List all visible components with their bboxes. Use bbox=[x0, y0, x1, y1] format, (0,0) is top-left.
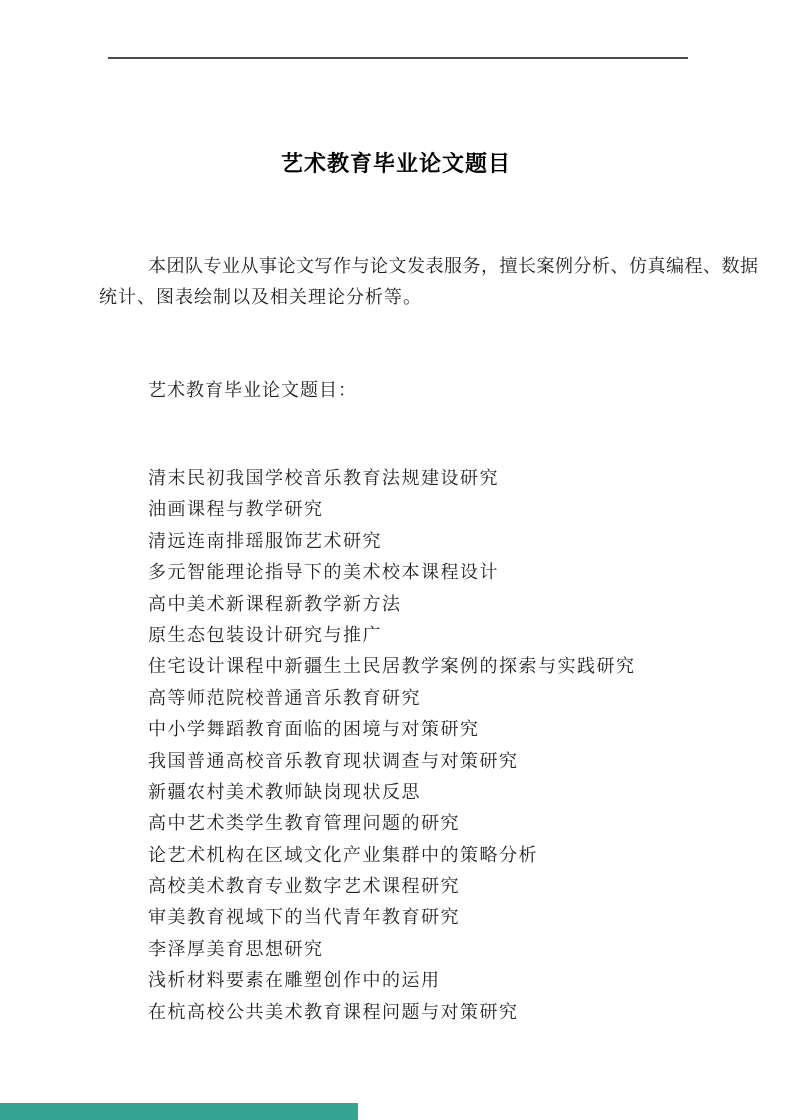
topic-item: 高校美术教育专业数字艺术课程研究 bbox=[148, 871, 708, 902]
topic-item: 我国普通高校音乐教育现状调查与对策研究 bbox=[148, 746, 708, 777]
topics-section-heading: 艺术教育毕业论文题目： bbox=[148, 376, 357, 402]
topic-item: 李泽厚美育思想研究 bbox=[148, 934, 708, 965]
topic-item: 在杭高校公共美术教育课程问题与对策研究 bbox=[148, 997, 708, 1028]
topic-item: 原生态包装设计研究与推广 bbox=[148, 620, 708, 651]
bottom-accent-bar bbox=[0, 1103, 358, 1120]
topic-item: 浅析材料要素在雕塑创作中的运用 bbox=[148, 965, 708, 996]
topic-item: 高中美术新课程新教学新方法 bbox=[148, 589, 708, 620]
intro-paragraph-line-2: 统计、图表绘制以及相关理论分析等。 bbox=[99, 283, 422, 309]
topic-item: 油画课程与教学研究 bbox=[148, 494, 708, 525]
topic-item: 清远连南排瑶服饰艺术研究 bbox=[148, 526, 708, 557]
topic-item: 中小学舞蹈教育面临的困境与对策研究 bbox=[148, 714, 708, 745]
header-rule bbox=[108, 57, 688, 59]
topic-item: 高中艺术类学生教育管理问题的研究 bbox=[148, 808, 708, 839]
topic-item: 清末民初我国学校音乐教育法规建设研究 bbox=[148, 463, 708, 494]
intro-paragraph-line-1: 本团队专业从事论文写作与论文发表服务，擅长案例分析、仿真编程、数据 bbox=[148, 252, 759, 278]
topic-item: 审美教育视域下的当代青年教育研究 bbox=[148, 902, 708, 933]
topic-item: 住宅设计课程中新疆生土民居教学案例的探索与实践研究 bbox=[148, 651, 708, 682]
topic-item: 高等师范院校普通音乐教育研究 bbox=[148, 683, 708, 714]
topic-item: 论艺术机构在区域文化产业集群中的策略分析 bbox=[148, 840, 708, 871]
topic-item: 新疆农村美术教师缺岗现状反思 bbox=[148, 777, 708, 808]
document-title: 艺术教育毕业论文题目 bbox=[0, 147, 792, 178]
document-page: 艺术教育毕业论文题目 本团队专业从事论文写作与论文发表服务，擅长案例分析、仿真编… bbox=[0, 0, 792, 1120]
topic-item: 多元智能理论指导下的美术校本课程设计 bbox=[148, 557, 708, 588]
topics-list: 清末民初我国学校音乐教育法规建设研究油画课程与教学研究清远连南排瑶服饰艺术研究多… bbox=[148, 463, 708, 1028]
